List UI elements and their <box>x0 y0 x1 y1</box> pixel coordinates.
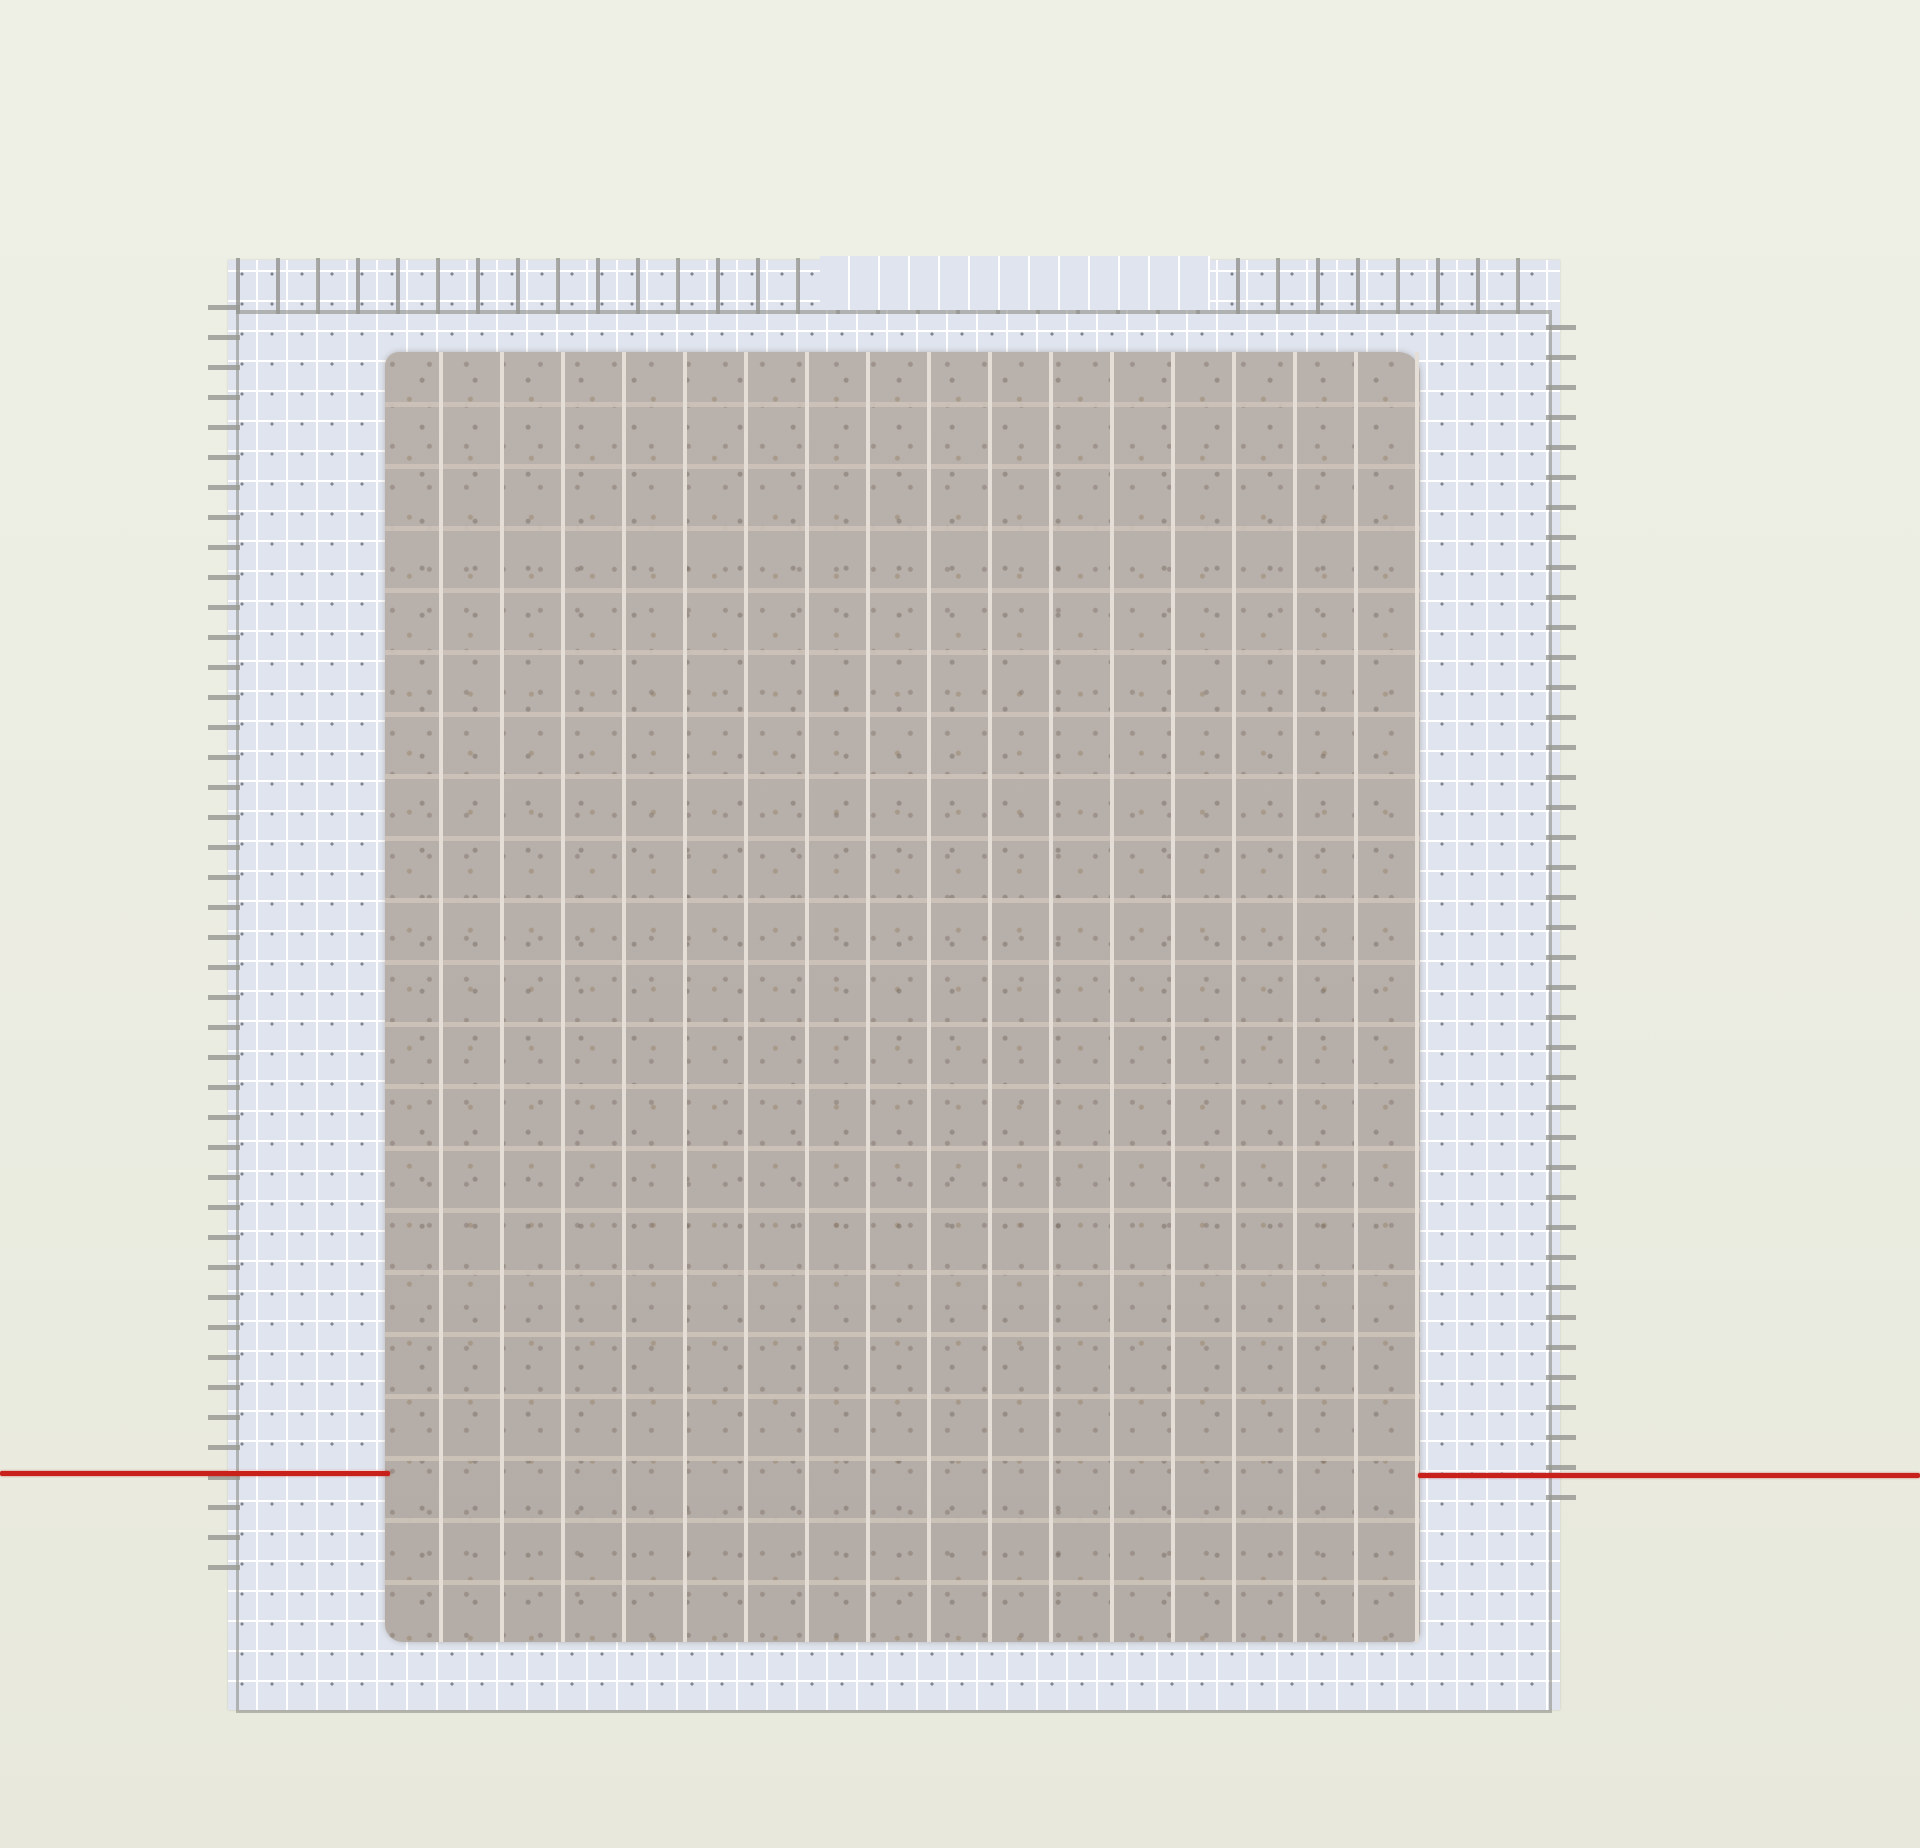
stitch-gap <box>820 256 1210 310</box>
red-thread-left <box>0 1471 390 1476</box>
red-thread-right <box>1418 1473 1920 1478</box>
woven-thread-grid <box>385 352 1420 1642</box>
